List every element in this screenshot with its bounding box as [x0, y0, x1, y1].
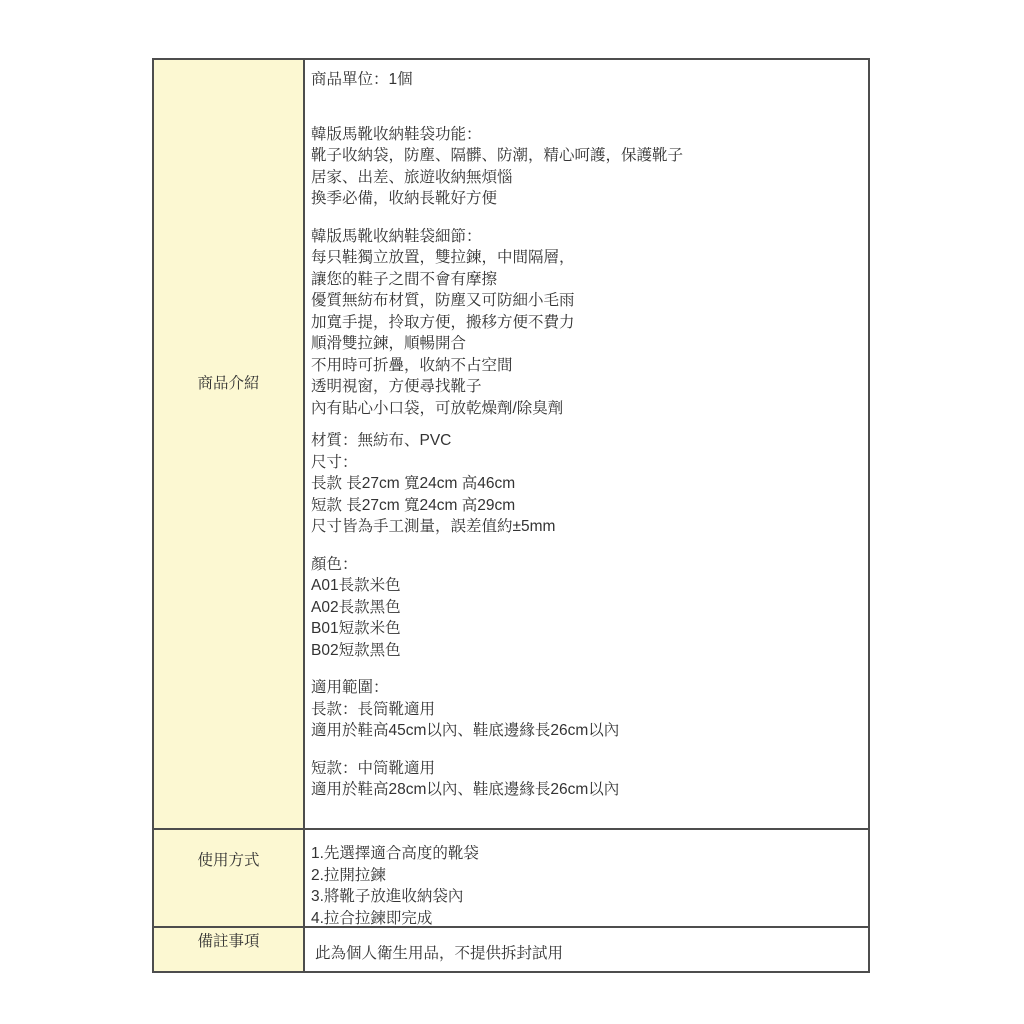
text-line: 1.先選擇適合高度的靴袋: [311, 843, 858, 865]
text-line: 2.拉開拉鍊: [311, 865, 858, 887]
text-line: 韓版馬靴收納鞋袋細節：: [311, 226, 858, 248]
text-line: 適用範圍：: [311, 677, 858, 699]
text-line: A02長款黑色: [311, 597, 858, 619]
paragraph-features: 韓版馬靴收納鞋袋功能： 靴子收納袋，防塵、隔髒、防潮，精心呵護，保護靴子 居家、…: [311, 124, 858, 210]
text-line: 不用時可折疊，收納不占空間: [311, 355, 858, 377]
text-line: 短款 長27cm 寬24cm 高29cm: [311, 495, 858, 517]
paragraph-colors: 顏色： A01長款米色 A02長款黑色 B01短款米色 B02短款黑色: [311, 554, 858, 662]
text-line: 順滑雙拉鍊，順暢開合: [311, 333, 858, 355]
text-line: 尺寸皆為手工測量，誤差值約±5mm: [311, 516, 858, 538]
text-line: 顏色：: [311, 554, 858, 576]
text-line: B02短款黑色: [311, 640, 858, 662]
row-label-cell-notes: 備註事項: [154, 928, 305, 971]
text-line: 內有貼心小口袋，可放乾燥劑/除臭劑: [311, 398, 858, 420]
text-line: 靴子收納袋，防塵、隔髒、防潮，精心呵護，保護靴子: [311, 145, 858, 167]
text-line: 加寬手提，拎取方便，搬移方便不費力: [311, 312, 858, 334]
text-line: A01長款米色: [311, 575, 858, 597]
product-spec-table: 商品介紹 商品單位：1個 韓版馬靴收納鞋袋功能： 靴子收納袋，防塵、隔髒、防潮，…: [152, 58, 870, 973]
text-line: 優質無紡布材質，防塵又可防細小毛雨: [311, 290, 858, 312]
row-label-cell-usage: 使用方式: [154, 830, 305, 928]
text-line: 適用於鞋高45cm以內、鞋底邊緣長26cm以內: [311, 720, 858, 742]
text-line: 透明視窗，方便尋找靴子: [311, 376, 858, 398]
row-label-usage: 使用方式: [154, 850, 303, 872]
text-line: 每只鞋獨立放置，雙拉鍊，中間隔層，: [311, 247, 858, 269]
usage-content: 1.先選擇適合高度的靴袋 2.拉開拉鍊 3.將靴子放進收納袋內 4.拉合拉鍊即完…: [305, 830, 868, 928]
row-label-product-intro: 商品介紹: [154, 373, 303, 395]
text-line: B01短款米色: [311, 618, 858, 640]
paragraph-notes: 此為個人衛生用品，不提供拆封試用: [315, 943, 858, 965]
paragraph-details: 韓版馬靴收納鞋袋細節： 每只鞋獨立放置，雙拉鍊，中間隔層， 讓您的鞋子之間不會有…: [311, 226, 858, 420]
row-label-cell-product-intro: 商品介紹: [154, 60, 305, 830]
text-line: 短款：中筒靴適用: [311, 758, 858, 780]
product-intro-content: 商品單位：1個 韓版馬靴收納鞋袋功能： 靴子收納袋，防塵、隔髒、防潮，精心呵護，…: [305, 60, 868, 830]
row-label-notes: 備註事項: [154, 931, 303, 953]
paragraph-usage-steps: 1.先選擇適合高度的靴袋 2.拉開拉鍊 3.將靴子放進收納袋內 4.拉合拉鍊即完…: [311, 843, 858, 928]
text-line: 此為個人衛生用品，不提供拆封試用: [315, 943, 858, 965]
text-line: 長款：長筒靴適用: [311, 699, 858, 721]
text-line: 4.拉合拉鍊即完成: [311, 908, 858, 929]
text-line: 商品單位：1個: [311, 69, 858, 91]
text-line: 適用於鞋高28cm以內、鞋底邊緣長26cm以內: [311, 779, 858, 801]
paragraph-fit-range-short: 短款：中筒靴適用 適用於鞋高28cm以內、鞋底邊緣長26cm以內: [311, 758, 858, 801]
notes-content: 此為個人衛生用品，不提供拆封試用: [305, 928, 868, 971]
text-line: 讓您的鞋子之間不會有摩擦: [311, 269, 858, 291]
text-line: 韓版馬靴收納鞋袋功能：: [311, 124, 858, 146]
paragraph-unit: 商品單位：1個: [311, 69, 858, 91]
text-line: 尺寸：: [311, 452, 858, 474]
text-line: 換季必備，收納長靴好方便: [311, 188, 858, 210]
paragraph-material-size: 材質：無紡布、PVC 尺寸： 長款 長27cm 寬24cm 高46cm 短款 長…: [311, 430, 858, 538]
text-line: 3.將靴子放進收納袋內: [311, 886, 858, 908]
paragraph-fit-range-long: 適用範圍： 長款：長筒靴適用 適用於鞋高45cm以內、鞋底邊緣長26cm以內: [311, 677, 858, 742]
text-line: 材質：無紡布、PVC: [311, 430, 858, 452]
text-line: 長款 長27cm 寬24cm 高46cm: [311, 473, 858, 495]
text-line: 居家、出差、旅遊收納無煩惱: [311, 167, 858, 189]
